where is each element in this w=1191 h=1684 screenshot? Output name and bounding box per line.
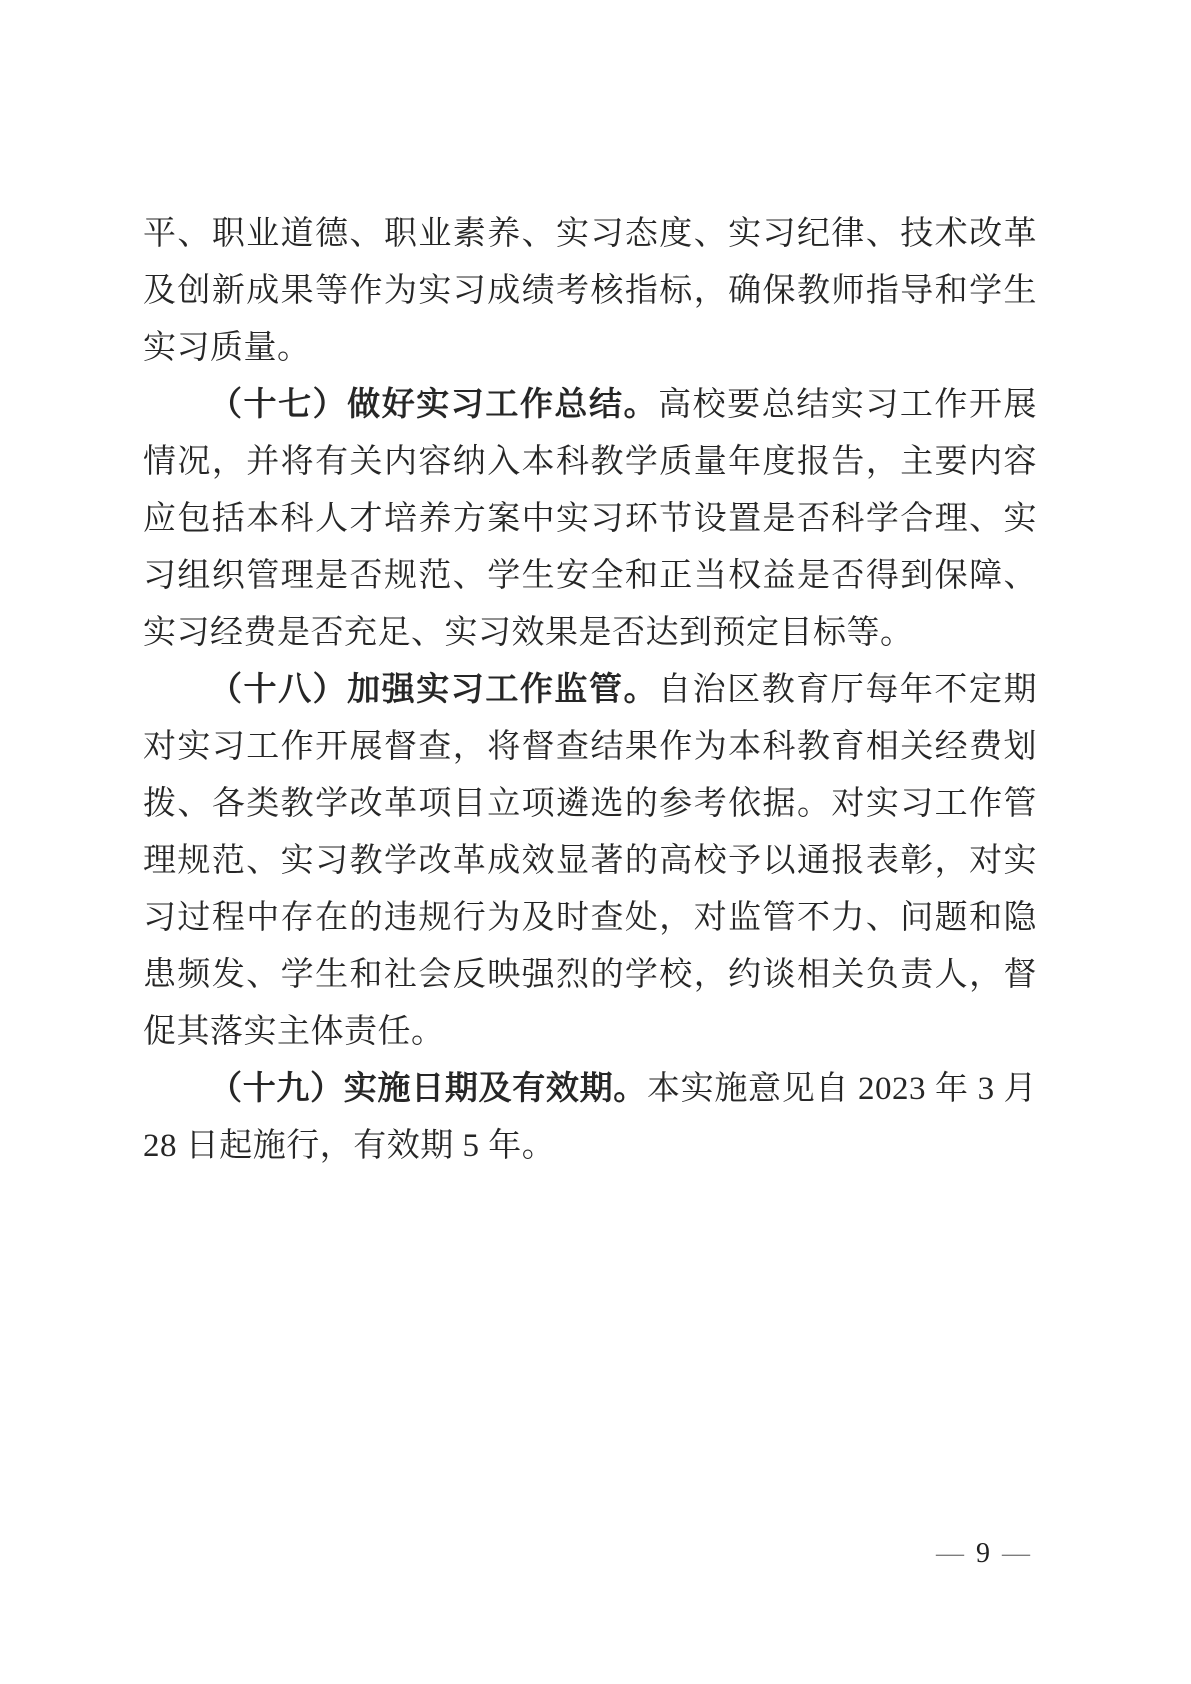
paragraph-item-19: （十九）实施日期及有效期。本实施意见自 2023 年 3 月 28 日起施行，有…	[143, 1061, 1037, 1175]
paragraph-item-18-heading: （十八）加强实习工作监管。	[209, 672, 658, 708]
page-number: — 9 —	[936, 1538, 1030, 1570]
paragraph-continuation-text: 平、职业道德、职业素养、实习态度、实习纪律、技术改革及创新成果等作为实习成绩考核…	[143, 216, 1037, 366]
paragraph-item-19-heading: （十九）实施日期及有效期。	[209, 1071, 647, 1107]
paragraph-item-18-body: 自治区教育厅每年不定期对实习工作开展督查，将督查结果作为本科教育相关经费划拨、各…	[143, 672, 1037, 1050]
page-number-dash-left: —	[936, 1538, 964, 1570]
paragraph-continuation: 平、职业道德、职业素养、实习态度、实习纪律、技术改革及创新成果等作为实习成绩考核…	[143, 206, 1037, 377]
page-number-dash-right: —	[1002, 1538, 1030, 1570]
paragraph-item-17: （十七）做好实习工作总结。高校要总结实习工作开展情况，并将有关内容纳入本科教学质…	[143, 377, 1037, 662]
paragraph-item-18: （十八）加强实习工作监管。自治区教育厅每年不定期对实习工作开展督查，将督查结果作…	[143, 662, 1037, 1061]
paragraph-item-17-body: 高校要总结实习工作开展情况，并将有关内容纳入本科教学质量年度报告，主要内容应包括…	[143, 387, 1037, 651]
document-page: 平、职业道德、职业素养、实习态度、实习纪律、技术改革及创新成果等作为实习成绩考核…	[0, 0, 1191, 1684]
text-block: 平、职业道德、职业素养、实习态度、实习纪律、技术改革及创新成果等作为实习成绩考核…	[143, 206, 1037, 1175]
page-number-value: 9	[976, 1538, 990, 1570]
paragraph-item-17-heading: （十七）做好实习工作总结。	[209, 387, 658, 423]
